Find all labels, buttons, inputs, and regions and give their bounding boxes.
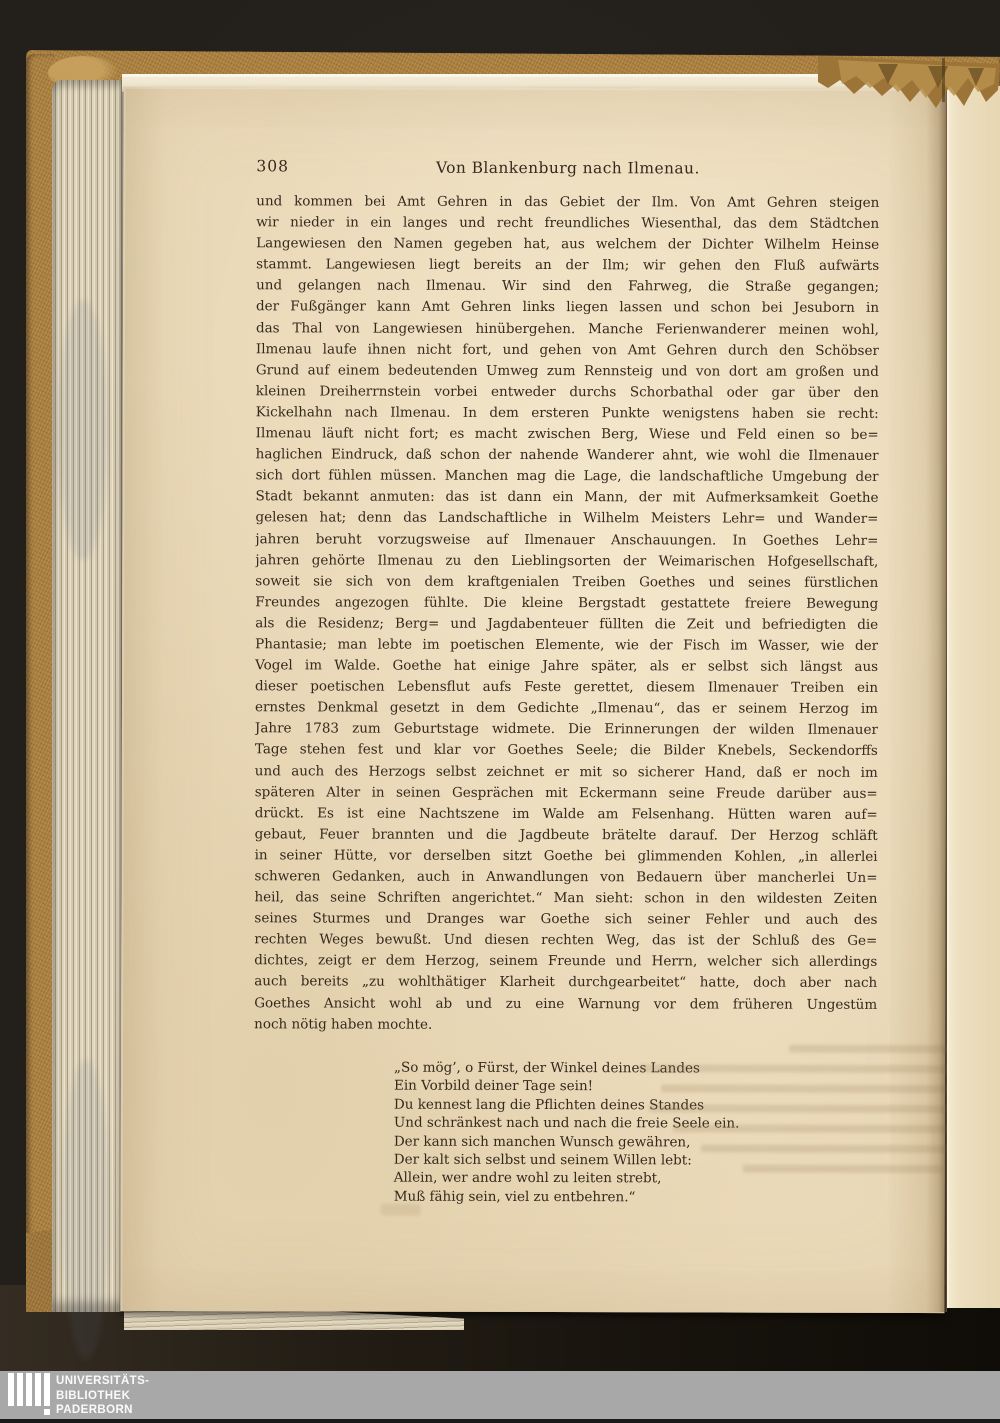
body-line: Stadt bekannt anmuten: das ist dann ein … (256, 487, 879, 510)
body-line: wir nieder in ein langes und recht freun… (256, 212, 879, 235)
body-line: gelesen hat; denn das Landschaftliche in… (255, 508, 878, 531)
library-name-line: BIBLIOTHEK (56, 1389, 149, 1404)
body-text: und kommen bei Amt Gehren in das Gebiet … (254, 191, 879, 1036)
body-line: Grund auf einem bedeutenden Umweg zum Re… (256, 360, 879, 383)
library-logo-icon (8, 1373, 50, 1417)
body-line: Langewiesen den Namen gegeben hat, aus w… (256, 233, 879, 256)
body-line: Jahre 1783 zum Geburtstage widmete. Die … (255, 719, 878, 742)
body-line: kleinen Dreiherrnstein vorbei entweder d… (256, 381, 879, 404)
body-line: der Fußgänger kann Amt Gehren links lieg… (256, 297, 879, 320)
body-line: das Thal von Langewiesen hinübergehen. M… (256, 318, 879, 341)
bleedthrough-mark (701, 1144, 949, 1153)
body-line: dieser poetischen Lebensflut aufs Feste … (255, 676, 878, 699)
gutter-crease (926, 86, 947, 1312)
frayed-spine-cloth (818, 50, 1000, 152)
page-stack-edge (52, 80, 124, 1312)
body-line: sich dort fühlen müssen. Manchen mag die… (256, 465, 879, 488)
body-line: jahren gehörte Ilmenau zu den Lieblingso… (255, 550, 878, 573)
book-cover-spine (26, 54, 54, 1302)
body-line: rechten Weges bewußt. Und diesen rechten… (254, 930, 877, 953)
body-line: als die Residenz; Berg= und Jagdabenteue… (255, 613, 878, 636)
body-line: in seiner Hütte, vor derselben sitzt Goe… (255, 845, 878, 868)
bleedthrough-mark (649, 1104, 949, 1113)
body-line: und gelangen nach Ilmenau. Wir sind den … (256, 276, 879, 299)
body-line: Ilmenau laufe ihnen nicht fort, und gehe… (256, 339, 879, 362)
bleedthrough-mark (743, 1165, 943, 1174)
bleedthrough-mark (673, 1124, 949, 1133)
body-line: auch bereits „zu wohlthätiger Klarheit d… (254, 972, 877, 995)
body-line: haglichen Eindruck, daß schon der nahend… (256, 444, 879, 467)
library-name: UNIVERSITÄTS- BIBLIOTHEK PADERBORN (56, 1374, 149, 1418)
body-line: drückt. Es ist eine Nachtszene im Walde … (255, 803, 878, 826)
bleedthrough-mark (639, 1064, 949, 1073)
book-page: 308 Von Blankenburg nach Ilmenau. und ko… (120, 87, 947, 1313)
body-line: Kickelhahn nach Ilmenau. In dem ersteren… (256, 402, 879, 425)
poem: „So mög’, o Fürst, der Winkel deines Lan… (394, 1059, 874, 1208)
library-name-line: UNIVERSITÄTS- (56, 1374, 149, 1389)
body-line: jahren beruht vorzugsweise auf Ilmenauer… (255, 529, 878, 552)
body-line: soweit sie sich von dem kraftgenialen Tr… (255, 571, 878, 594)
body-line: ernstes Denkmal gesetzt in dem Gedichte … (255, 698, 878, 721)
page-stain (62, 1060, 110, 1360)
running-header: Von Blankenburg nach Ilmenau. (256, 158, 879, 178)
library-banner: UNIVERSITÄTS- BIBLIOTHEK PADERBORN (0, 1371, 1000, 1423)
body-line: dichtes, zeigt er dem Herzog, seinem Fre… (254, 951, 877, 974)
body-line: gebaut, Feuer brannten und die Jagdbeute… (255, 824, 878, 847)
body-line: Goethes Ansicht wohl ab und zu eine Warn… (254, 993, 877, 1016)
body-line: stammt. Langewiesen liegt bereits an der… (256, 255, 879, 278)
facing-page-edge (947, 86, 1000, 1308)
body-line: seines Sturmes und Dranges war Goethe si… (254, 908, 877, 931)
body-line: Phantasie; man lebte im poetischen Eleme… (255, 634, 878, 657)
body-line: Tage stehen fest und klar vor Goethes Se… (255, 740, 878, 763)
library-name-line: PADERBORN (56, 1403, 149, 1418)
body-line: Freundes angezogen fühlte. Die kleine Be… (255, 592, 878, 615)
body-line: und kommen bei Amt Gehren in das Gebiet … (256, 191, 879, 214)
body-line: Vogel im Walde. Goethe hat einige Jahre … (255, 655, 878, 678)
scanned-book-photo: 308 Von Blankenburg nach Ilmenau. und ko… (0, 0, 1000, 1423)
body-line: späteren Alter in seinen Gesprächen mit … (255, 782, 878, 805)
bleedthrough-mark (381, 1204, 421, 1216)
body-line: heil, das seine Schriften angerichtet.“ … (254, 887, 877, 910)
page-stain (58, 300, 108, 560)
page-header-row: 308 Von Blankenburg nach Ilmenau. (256, 157, 879, 181)
body-line: schweren Gedanken, auch in Anwandlungen … (255, 866, 878, 889)
bleedthrough-mark (661, 1084, 949, 1093)
poem-line: Muß fähig sein, viel zu entbehren.“ (394, 1187, 874, 1207)
body-line: noch nötig haben mochte. (254, 1014, 877, 1037)
body-line: und auch des Herzogs selbst zeichnet er … (255, 761, 878, 784)
body-line: Ilmenau läuft nicht fort; es macht zwisc… (256, 423, 879, 446)
